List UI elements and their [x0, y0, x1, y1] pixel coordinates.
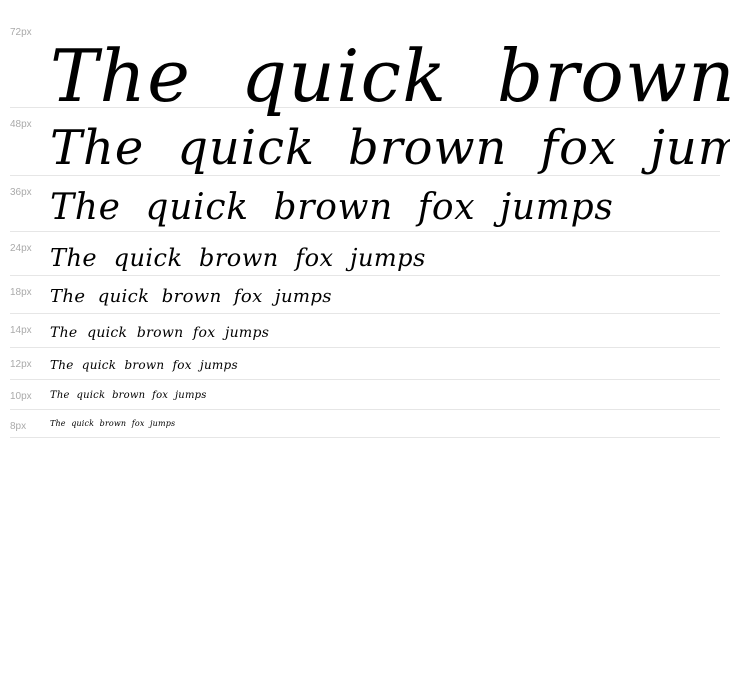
- sample-text: The quick brown fox jumps: [50, 190, 614, 226]
- specimen-row-24: 24px The quick brown fox jumps: [10, 232, 720, 276]
- sample-text: The quick brown: [50, 40, 730, 112]
- size-label: 12px: [10, 360, 32, 370]
- sample-text: The quick brown fox jumps: [50, 391, 207, 401]
- specimen-row-36: 36px The quick brown fox jumps: [10, 176, 720, 232]
- font-specimen: 72px The quick brown 48px The quick brow…: [0, 0, 730, 700]
- sample-text: The quick brown fox jumps: [50, 420, 175, 428]
- specimen-row-10: 10px The quick brown fox jumps: [10, 380, 720, 410]
- specimen-row-72: 72px The quick brown: [10, 26, 720, 108]
- sample-text: The quick brown fox jumps: [50, 124, 730, 172]
- specimen-row-48: 48px The quick brown fox jumps: [10, 108, 720, 176]
- size-label: 24px: [10, 244, 32, 254]
- sample-text: The quick brown fox jumps: [50, 246, 426, 270]
- size-label: 10px: [10, 392, 32, 402]
- size-label: 36px: [10, 188, 32, 198]
- sample-text: The quick brown fox jumps: [50, 288, 332, 306]
- size-label: 18px: [10, 288, 32, 298]
- size-label: 48px: [10, 120, 32, 130]
- size-label: 8px: [10, 422, 26, 432]
- size-label: 14px: [10, 326, 32, 336]
- specimen-row-12: 12px The quick brown fox jumps: [10, 348, 720, 380]
- size-label: 72px: [10, 28, 32, 38]
- specimen-row-18: 18px The quick brown fox jumps: [10, 276, 720, 314]
- specimen-row-8: 8px The quick brown fox jumps: [10, 410, 720, 438]
- sample-text: The quick brown fox jumps: [50, 359, 238, 371]
- specimen-row-14: 14px The quick brown fox jumps: [10, 314, 720, 348]
- sample-text: The quick brown fox jumps: [50, 326, 269, 340]
